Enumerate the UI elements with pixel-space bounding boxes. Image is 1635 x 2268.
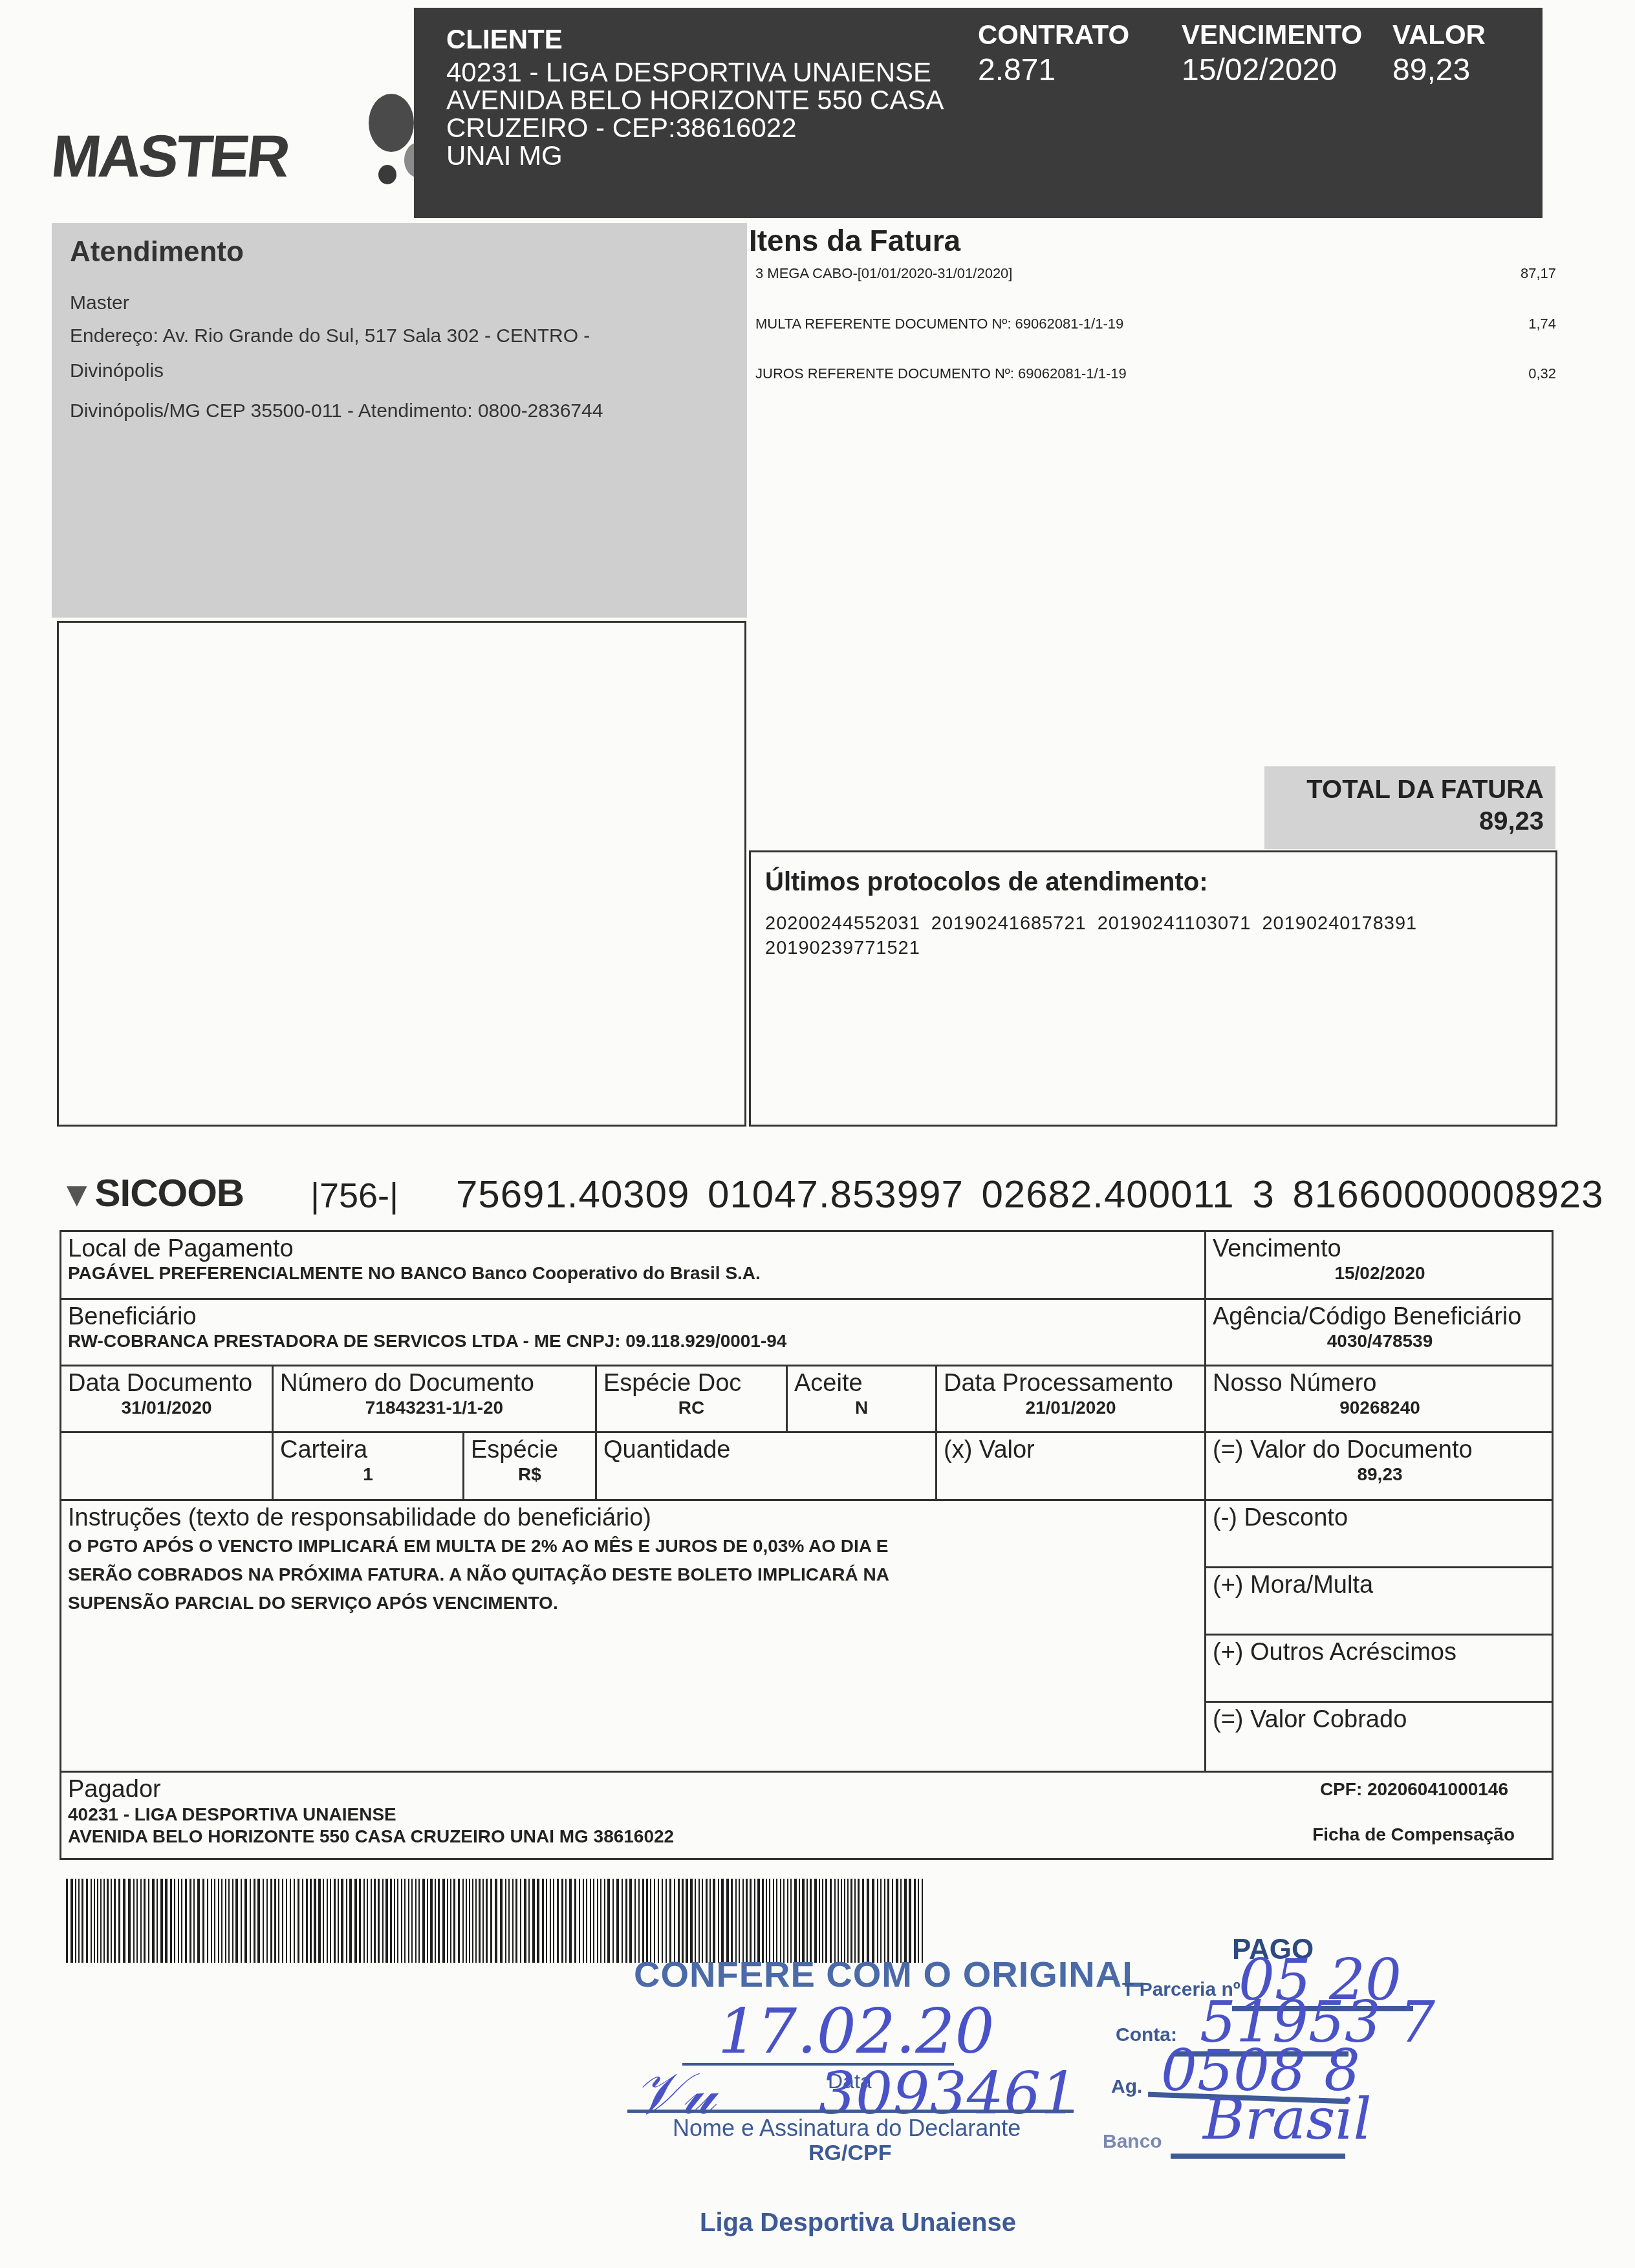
organization-stamp: Liga Desportiva Unaiense <box>700 2209 1016 2238</box>
ag-label: Ag. <box>1111 2076 1142 2098</box>
linha-digitavel[interactable]: 75691.40309 01047.853997 02682.400011 3 … <box>456 1172 1604 1216</box>
total-label: TOTAL DA FATURA <box>1264 775 1544 805</box>
valor-cobrado-cell: (=) Valor Cobrado <box>1206 1703 1554 1773</box>
handwritten-date: 17.02.20 <box>718 1995 995 2068</box>
atendimento-line: Master <box>70 292 129 314</box>
field-label: Aceite <box>794 1369 929 1398</box>
vencimento-label: VENCIMENTO <box>1182 19 1362 50</box>
instrucao-line: SUPENSÃO PARCIAL DO SERVIÇO APÓS VENCIME… <box>68 1589 1198 1617</box>
item-value: 0,32 <box>1528 365 1556 382</box>
item-description: JUROS REFERENTE DOCUMENTO Nº: 69062081-1… <box>755 365 1127 382</box>
field-label: Nosso Número <box>1213 1369 1547 1398</box>
valor-value: 89,23 <box>1392 56 1470 84</box>
field-label: Beneficiário <box>68 1302 1198 1331</box>
field-label: (+) Outros Acréscimos <box>1213 1638 1547 1667</box>
data-documento-cell: Data Documento 31/01/2020 <box>61 1366 274 1433</box>
atendimento-panel: Atendimento Master Endereço: Av. Rio Gra… <box>52 223 747 618</box>
field-label: Data Documento <box>68 1369 265 1398</box>
item-value: 1,74 <box>1528 316 1556 332</box>
field-label: (=) Valor do Documento <box>1213 1436 1547 1464</box>
atendimento-line: Divinópolis <box>70 360 164 382</box>
sicoob-logo: ▼SICOOB <box>60 1171 244 1215</box>
field-value: 15/02/2020 <box>1213 1263 1547 1284</box>
rgcpf-label: RG/CPF <box>808 2141 891 2166</box>
item-description: MULTA REFERENTE DOCUMENTO Nº: 69062081-1… <box>755 316 1123 332</box>
bank-code: |756-| <box>310 1176 398 1216</box>
master-logo: MASTER <box>52 78 414 188</box>
logo-text: MASTER <box>48 123 290 191</box>
protocolos-line-1: 20200244552031 20190241685721 2019024110… <box>765 911 1541 936</box>
field-label: Data Processamento <box>944 1369 1198 1398</box>
blank-message-box <box>57 621 746 1127</box>
beneficiario-cell: Beneficiário RW-COBRANCA PRESTADORA DE S… <box>61 1300 1206 1366</box>
signature-underline <box>627 2110 1074 2113</box>
protocolos-line-2: 20190239771521 <box>765 936 1541 960</box>
field-value: N <box>794 1398 929 1418</box>
confere-stamp: CONFERE COM O ORIGINAL <box>634 1953 1145 1995</box>
field-label: (x) Valor <box>944 1436 1198 1464</box>
sicoob-v-icon: ▼ <box>60 1174 93 1215</box>
client-line-1: 40231 - LIGA DESPORTIVA UNAIENSE <box>446 58 931 86</box>
field-label: (+) Mora/Multa <box>1213 1571 1547 1599</box>
field-value: 21/01/2020 <box>944 1398 1198 1418</box>
especie-cell: Espécie R$ <box>464 1433 597 1501</box>
agencia-cell: Agência/Código Beneficiário 4030/478539 <box>1206 1300 1554 1366</box>
contrato-label: CONTRATO <box>978 19 1129 50</box>
data-processamento-cell: Data Processamento 21/01/2020 <box>937 1366 1206 1433</box>
nosso-numero-cell: Nosso Número 90268240 <box>1206 1366 1554 1433</box>
outros-acrescimos-cell: (+) Outros Acréscimos <box>1206 1636 1554 1703</box>
pagador-cpf: CPF: 20206041000146 <box>1320 1779 1508 1800</box>
numero-documento-cell: Número do Documento 71843231-1/1-20 <box>274 1366 597 1433</box>
field-label: Número do Documento <box>280 1369 589 1398</box>
client-header-box: CLIENTE 40231 - LIGA DESPORTIVA UNAIENSE… <box>414 8 1543 218</box>
barcode <box>65 1879 928 1963</box>
field-label: Espécie Doc <box>603 1369 779 1398</box>
field-value: R$ <box>471 1464 589 1485</box>
field-label: Instruções (texto de responsabilidade do… <box>68 1504 1198 1532</box>
vencimento-cell: Vencimento 15/02/2020 <box>1206 1232 1554 1300</box>
pagador-line-1: 40231 - LIGA DESPORTIVA UNAIENSE <box>68 1804 1547 1826</box>
field-label: Espécie <box>471 1436 589 1464</box>
mora-multa-cell: (+) Mora/Multa <box>1206 1568 1554 1636</box>
field-label: Vencimento <box>1213 1235 1547 1263</box>
logo-dot-icon <box>369 94 414 152</box>
client-label: CLIENTE <box>446 24 563 55</box>
atendimento-line: Endereço: Av. Rio Grande do Sul, 517 Sal… <box>70 325 590 347</box>
especie-doc-cell: Espécie Doc RC <box>597 1366 788 1433</box>
protocolos-title: Últimos protocolos de atendimento: <box>765 868 1541 897</box>
field-value: PAGÁVEL PREFERENCIALMENTE NO BANCO Banco… <box>68 1263 1198 1284</box>
protocolos-box: Últimos protocolos de atendimento: 20200… <box>749 850 1557 1127</box>
instrucao-line: SERÃO COBRADOS NA PRÓXIMA FATURA. A NÃO … <box>68 1561 1198 1589</box>
contrato-value: 2.871 <box>978 56 1056 84</box>
field-label: (=) Valor Cobrado <box>1213 1705 1547 1734</box>
carteira-cell: Carteira 1 <box>274 1433 464 1501</box>
total-fatura-box: TOTAL DA FATURA 89,23 <box>1264 766 1555 849</box>
client-line-3: CRUZEIRO - CEP:38616022 <box>446 114 797 142</box>
aceite-cell: Aceite N <box>788 1366 937 1433</box>
logo-dot-icon <box>378 165 396 184</box>
valor-documento-cell: (=) Valor do Documento 89,23 <box>1206 1433 1554 1501</box>
field-value: RW-COBRANCA PRESTADORA DE SERVICOS LTDA … <box>68 1331 1198 1352</box>
bank-name: SICOOB <box>94 1171 244 1215</box>
x-valor-cell: (x) Valor <box>937 1433 1206 1501</box>
ficha-compensacao: Ficha de Compensação <box>1312 1824 1515 1845</box>
field-value: 90268240 <box>1213 1398 1547 1418</box>
field-value: 4030/478539 <box>1213 1331 1547 1352</box>
banco-underline <box>1171 2154 1345 2159</box>
instrucoes-cell: Instruções (texto de responsabilidade do… <box>61 1501 1206 1773</box>
banco-value: Brasil <box>1203 2086 1372 2152</box>
local-pagamento-cell: Local de Pagamento PAGÁVEL PREFERENCIALM… <box>61 1232 1206 1300</box>
atendimento-line: Divinópolis/MG CEP 35500-011 - Atendimen… <box>70 400 603 422</box>
field-value: 71843231-1/1-20 <box>280 1398 589 1418</box>
client-line-4: UNAI MG <box>446 142 563 169</box>
boleto-form: Local de Pagamento PAGÁVEL PREFERENCIALM… <box>60 1230 1554 1860</box>
declarante-label: Nome e Assinatura do Declarante <box>673 2115 1021 2142</box>
field-value: 1 <box>280 1464 456 1485</box>
field-label: (-) Desconto <box>1213 1504 1547 1532</box>
desconto-cell: (-) Desconto <box>1206 1501 1554 1568</box>
total-value: 89,23 <box>1264 807 1544 836</box>
field-value: 31/01/2020 <box>68 1398 265 1418</box>
field-value: RC <box>603 1398 779 1418</box>
field-value: 89,23 <box>1213 1464 1547 1485</box>
empty-cell <box>61 1433 274 1501</box>
instrucao-line: O PGTO APÓS O VENCTO IMPLICARÁ EM MULTA … <box>68 1532 1198 1561</box>
item-description: 3 MEGA CABO-[01/01/2020-31/01/2020] <box>755 265 1012 282</box>
item-value: 87,17 <box>1521 265 1556 282</box>
field-label: Local de Pagamento <box>68 1235 1198 1263</box>
atendimento-title: Atendimento <box>70 236 244 268</box>
banco-label: Banco <box>1103 2131 1162 2153</box>
field-label: Agência/Código Beneficiário <box>1213 1302 1547 1331</box>
vencimento-value: 15/02/2020 <box>1182 56 1337 84</box>
field-label: Carteira <box>280 1436 456 1464</box>
client-line-2: AVENIDA BELO HORIZONTE 550 CASA <box>446 86 944 114</box>
field-label: Quantidade <box>603 1436 929 1464</box>
valor-label: VALOR <box>1392 19 1486 50</box>
pagador-cell: Pagador 40231 - LIGA DESPORTIVA UNAIENSE… <box>61 1773 1554 1860</box>
quantidade-cell: Quantidade <box>597 1433 937 1501</box>
itens-title: Itens da Fatura <box>749 223 960 258</box>
